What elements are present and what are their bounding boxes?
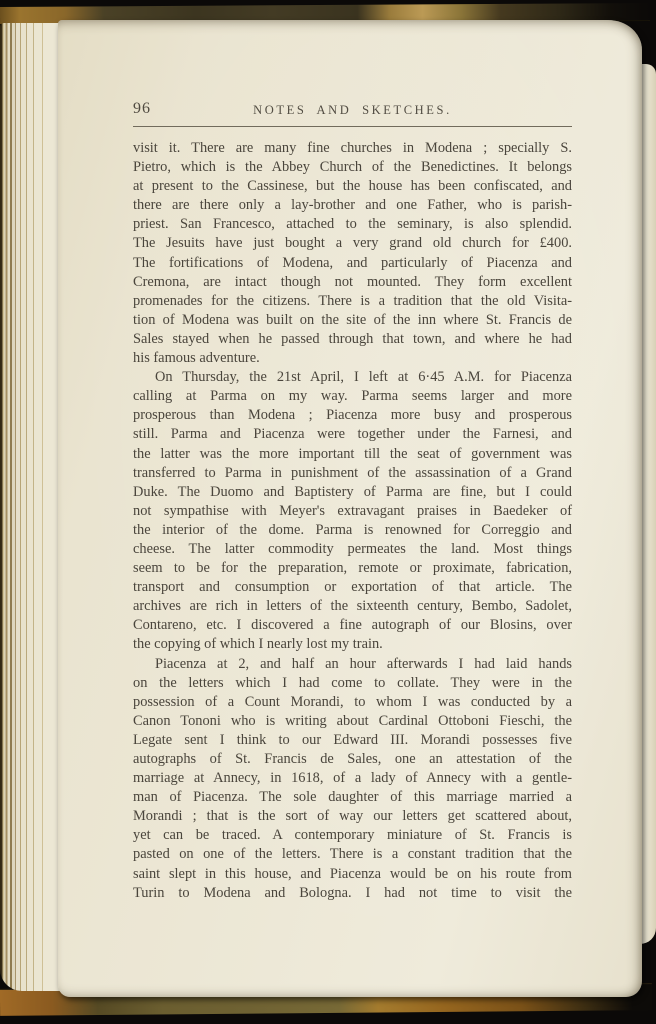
text-line: autographs of St. Francis de Sales, one … <box>133 750 572 769</box>
text-line: priest. San Francesco, attached to the s… <box>133 215 572 234</box>
text-line: Pietro, which is the Abbey Church of the… <box>133 158 572 177</box>
text-line: saint slept in this house, and Piacenza … <box>133 865 572 884</box>
text-line: transferred to Parma in punishment of th… <box>133 464 572 483</box>
text-line: Contareno, etc. I discovered a fine auto… <box>133 616 572 635</box>
text-line: On Thursday, the 21st April, I left at 6… <box>133 368 572 387</box>
text-line: Turin to Modena and Bologna. I had not t… <box>133 884 572 903</box>
text-line: seem to be for the preparation, remote o… <box>133 559 572 578</box>
text-line: prosperous than Modena ; Piacenza more b… <box>133 406 572 425</box>
text-line: his famous adventure. <box>133 349 572 368</box>
text-line: Canon Tononi who is writing about Cardin… <box>133 712 572 731</box>
text-line: possession of a Count Morandi, to whom I… <box>133 693 572 712</box>
text-line: The Jesuits have just bought a very gran… <box>133 234 572 253</box>
text-line: not sympathise with Meyer's extravagant … <box>133 502 572 521</box>
text-line: Piacenza at 2, and half an hour afterwar… <box>133 655 572 674</box>
text-line: there are there only a lay-brother and o… <box>133 196 572 215</box>
book-scan: 96 NOTES AND SKETCHES. visit it. There a… <box>0 0 656 1024</box>
book-page: 96 NOTES AND SKETCHES. visit it. There a… <box>58 20 642 997</box>
page-content: 96 NOTES AND SKETCHES. visit it. There a… <box>133 98 572 903</box>
page-header: 96 NOTES AND SKETCHES. <box>133 98 572 120</box>
text-line: archives are rich in letters of the sixt… <box>133 597 572 616</box>
text-line: at present to the Cassinese, but the hou… <box>133 177 572 196</box>
text-line: the latter was the more important till t… <box>133 445 572 464</box>
text-line: Legate sent I think to our Edward III. M… <box>133 731 572 750</box>
page-number: 96 <box>133 100 151 118</box>
running-title: NOTES AND SKETCHES. <box>253 103 452 118</box>
text-line: calling at Parma on my way. Parma seems … <box>133 387 572 406</box>
text-line: marriage at Annecy, in 1618, of a lady o… <box>133 769 572 788</box>
body-text: visit it. There are many fine churches i… <box>133 139 572 903</box>
text-line: still. Parma and Piacenza were together … <box>133 425 572 444</box>
text-line: on the letters which I had come to colla… <box>133 674 572 693</box>
text-line: Duke. The Duomo and Baptistery of Parma … <box>133 483 572 502</box>
text-line: Morandi ; that is the sort of way our le… <box>133 807 572 826</box>
text-line: the copying of which I nearly lost my tr… <box>133 635 572 654</box>
text-line: tion of Modena was built on the site of … <box>133 311 572 330</box>
text-line: cheese. The latter commodity permeates t… <box>133 540 572 559</box>
stacked-page-fore-edges <box>0 23 62 991</box>
text-line: pasted on one of the letters. There is a… <box>133 845 572 864</box>
text-line: yet can be traced. A contemporary miniat… <box>133 826 572 845</box>
header-rule <box>133 126 572 127</box>
text-line: man of Piacenza. The sole daughter of th… <box>133 788 572 807</box>
text-line: the interior of the dome. Parma is renow… <box>133 521 572 540</box>
text-line: The fortifications of Modena, and partic… <box>133 254 572 273</box>
text-line: Cremona, are intact though not mounted. … <box>133 273 572 292</box>
text-line: Sales stayed when he passed through that… <box>133 330 572 349</box>
text-line: transport and consumption or exportation… <box>133 578 572 597</box>
text-line: visit it. There are many fine churches i… <box>133 139 572 158</box>
text-line: promenades for the citizens. There is a … <box>133 292 572 311</box>
